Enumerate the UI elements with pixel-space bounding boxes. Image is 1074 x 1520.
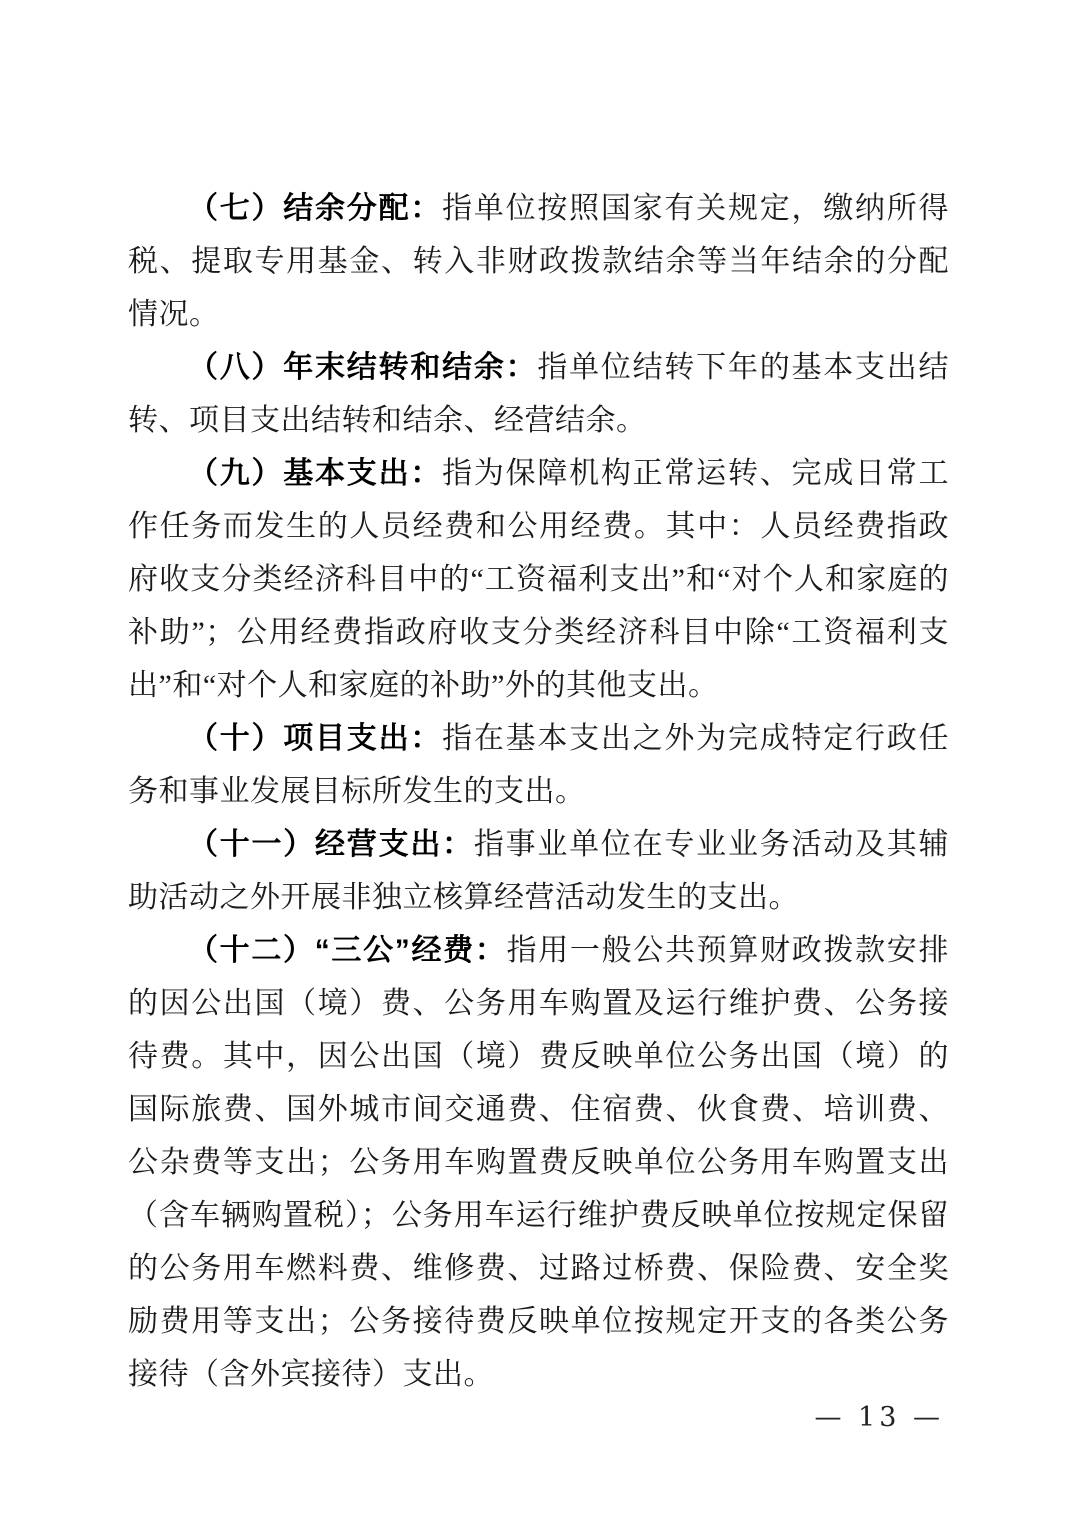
term-definition: 指为保障机构正常运转、完成日常工作任务而发生的人员经费和公用经费。其中：人员经费… (128, 457, 949, 702)
page-footer: — 13 — (814, 1402, 944, 1433)
definition-paragraph-10: （十）项目支出：指在基本支出之外为完成特定行政任务和事业发展目标所发生的支出。 (128, 712, 949, 818)
term-definition: 指用一般公共预算财政拨款安排的因公出国（境）费、公务用车购置及运行维护费、公务接… (128, 934, 949, 1391)
term-label: （十二）“三公”经费： (188, 934, 507, 967)
document-body: （七）结余分配：指单位按照国家有关规定，缴纳所得税、提取专用基金、转入非财政拨款… (128, 182, 949, 1401)
term-label: （十）项目支出： (188, 722, 442, 755)
page-number: — 13 — (814, 1402, 944, 1433)
definition-paragraph-7: （七）结余分配：指单位按照国家有关规定，缴纳所得税、提取专用基金、转入非财政拨款… (128, 182, 949, 341)
term-label: （九）基本支出： (188, 457, 442, 490)
term-label: （八）年末结转和结余： (188, 351, 537, 384)
term-label: （七）结余分配： (188, 192, 442, 225)
term-label: （十一）经营支出： (188, 828, 474, 861)
definition-paragraph-8: （八）年末结转和结余：指单位结转下年的基本支出结转、项目支出结转和结余、经营结余… (128, 341, 949, 447)
definition-paragraph-11: （十一）经营支出：指事业单位在专业业务活动及其辅助活动之外开展非独立核算经营活动… (128, 818, 949, 924)
definition-paragraph-9: （九）基本支出：指为保障机构正常运转、完成日常工作任务而发生的人员经费和公用经费… (128, 447, 949, 712)
definition-paragraph-12: （十二）“三公”经费：指用一般公共预算财政拨款安排的因公出国（境）费、公务用车购… (128, 924, 949, 1401)
document-page: （七）结余分配：指单位按照国家有关规定，缴纳所得税、提取专用基金、转入非财政拨款… (0, 0, 1074, 1520)
